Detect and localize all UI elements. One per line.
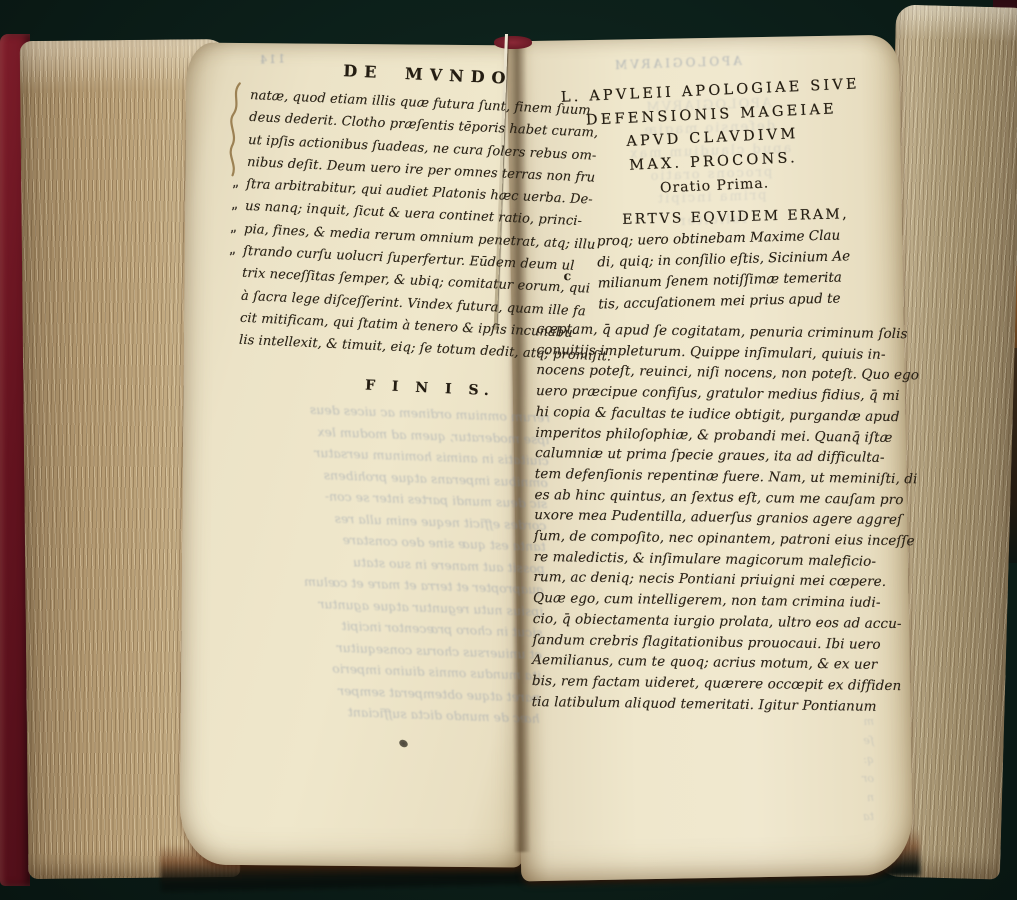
left-page-showthrough-text: rerum omnium ordinem ac uices deusipse m…: [249, 397, 550, 729]
quote-mark: „: [230, 195, 244, 218]
left-page-text-block: DE MVNDO natæ, quod etiam illis quæ futu…: [237, 56, 544, 402]
headband: [494, 36, 532, 49]
open-book-photo: 114 rerum omnium ordinem ac uices deusip…: [0, 0, 1017, 900]
right-page-body: cœptam, q̄ apud ſe cogitatam, penuria cr…: [532, 319, 893, 717]
showthrough-mark: or: [852, 769, 874, 788]
right-margin-showthrough: mſeq:ornta: [852, 712, 874, 826]
drop-cap-guide-letter: c: [563, 268, 571, 283]
showthrough-mark: q:: [852, 750, 874, 769]
left-page-lines: natæ, quod etiam illis quæ futura ſunt, …: [239, 85, 543, 366]
incipit-lines: proq; uero obtinebam Maxime Claudi, quiq…: [535, 224, 889, 317]
right-page-incipit: ERTVS EQVIDEM ERAM, proq; uero obtinebam…: [534, 203, 888, 317]
heading-lines: L. APVLEII APOLOGIAE SIVEDEFENSIONIS MAG…: [534, 72, 890, 182]
right-page-heading: L. APVLEII APOLOGIAE SIVEDEFENSIONIS MAG…: [534, 72, 891, 204]
showthrough-mark: ſe: [852, 731, 874, 750]
quote-mark: „: [231, 173, 245, 196]
showthrough-mark: ta: [852, 807, 874, 826]
quote-mark: „: [229, 218, 243, 241]
showthrough-mark: n: [852, 788, 874, 807]
left-page-body: natæ, quod etiam illis quæ futura ſunt, …: [239, 85, 543, 366]
quote-mark: „: [228, 240, 242, 263]
